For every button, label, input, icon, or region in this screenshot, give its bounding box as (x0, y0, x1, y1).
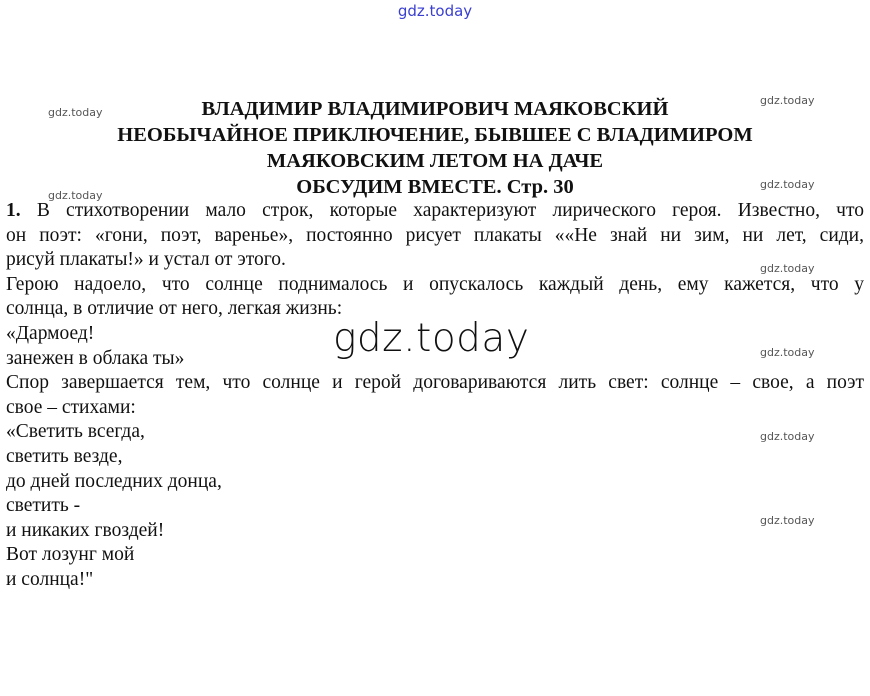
document-header: ВЛАДИМИР ВЛАДИМИРОВИЧ МАЯКОВСКИЙ НЕОБЫЧА… (0, 96, 870, 200)
quote-line: и солнца!" (6, 568, 864, 593)
poem-title-line-1: НЕОБЫЧАЙНОЕ ПРИКЛЮЧЕНИЕ, БЫВШЕЕ С ВЛАДИМ… (0, 122, 870, 148)
answer-line: 1. В стихотворении мало строк, которые х… (6, 199, 864, 224)
answer-number: 1. (6, 200, 21, 221)
author-title: ВЛАДИМИР ВЛАДИМИРОВИЧ МАЯКОВСКИЙ (0, 96, 870, 122)
answer-line-text: В стихотворении мало строк, которые хара… (21, 200, 864, 221)
center-watermark: gdz.today (333, 316, 529, 361)
quote-line: светить везде, (6, 445, 864, 470)
quote-line: до дней последних донца, (6, 470, 864, 495)
poem-title-line-2: МАЯКОВСКИМ ЛЕТОМ НА ДАЧЕ (0, 148, 870, 174)
answer-line: Герою надоело, что солнце поднималось и … (6, 273, 864, 298)
quote-line: светить - (6, 494, 864, 519)
quote-line: Вот лозунг мой (6, 543, 864, 568)
answer-line: свое – стихами: (6, 396, 864, 421)
answer-line: Спор завершается тем, что солнце и герой… (6, 371, 864, 396)
quote-line: и никаких гвоздей! (6, 519, 864, 544)
quote-line: «Светить всегда, (6, 420, 864, 445)
answer-line: рисуй плакаты!» и устал от этого. (6, 248, 864, 273)
answer-text: 1. В стихотворении мало строк, которые х… (6, 199, 864, 593)
answer-line: он поэт: «гони, поэт, варенье», постоянн… (6, 224, 864, 249)
top-watermark: gdz.today (0, 2, 870, 20)
section-title: ОБСУДИМ ВМЕСТЕ. Стр. 30 (0, 174, 870, 200)
